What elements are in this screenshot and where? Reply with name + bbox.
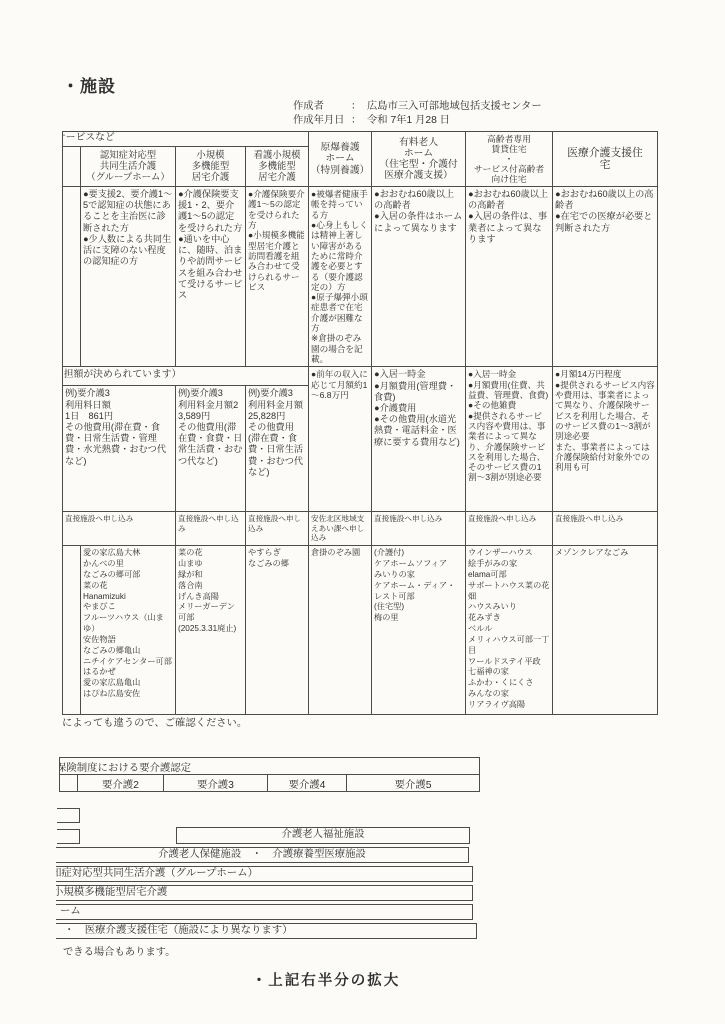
column-header-yuryo: 有料老人 ホーム （住宅型・介護付 医療介護支援）	[372, 132, 466, 187]
apply-cell-genbaku: 安佐北区地域支えあい課へ申し込み	[309, 512, 372, 546]
meta-date-row: 作成年月日 ： 令和 7年1 月28 日	[293, 114, 542, 128]
column-header-iryokaigo: 医療介護支援住 宅	[553, 132, 658, 187]
facility-comparison-table: サービスなど 原爆養護 ホーム （特別養護） 有料老人 ホーム （住宅型・介護付…	[62, 131, 658, 715]
column-header-shokibo: 小規模 多機能型 居宅介護	[176, 147, 246, 187]
page-title: ・施設	[62, 72, 116, 97]
care-level-2: 要介護2	[78, 775, 164, 792]
apply-cell-koreisha: 直接施設へ申し込み	[466, 512, 553, 546]
facility-list-yuryo: (介護付) ケアホームソフィア みいりの家 ケアホーム・ディア・レスト可部 (住…	[372, 546, 466, 715]
footer-note: できる場合もあります。	[63, 943, 175, 958]
type-box-iryokaigo: ・ 医療介護支援住宅（施設により異なります）	[56, 923, 477, 939]
facility-list-koreisha: ウインザーハウス 絵手がみの家 elama可部 サポートハウス菜の花畑 ハウスみ…	[466, 546, 553, 715]
apply-cell-kango-shokibo: 直接施設へ申し込み	[246, 512, 309, 546]
document-meta: 作成者 ： 広島市三入可部地域包括支援センター 作成年月日 ： 令和 7年1 月…	[293, 100, 542, 128]
care-level-header-label: 保険制度における要介護認定	[60, 759, 192, 774]
eligibility-cell-iryokaigo: ●おおむね60歳以上の高齢者 ●在宅での医療が必要と判断された方	[553, 187, 658, 367]
cost-cell-genbaku: ●前年の収入に応じて月額約1～6.8万円	[309, 367, 372, 512]
cut-box-stub-2	[57, 829, 80, 844]
care-level-table-header: 保険制度における要介護認定	[60, 758, 480, 775]
care-level-3: 要介護3	[164, 775, 268, 792]
care-level-table: 保険制度における要介護認定 要介護2 要介護3 要介護4 要介護5	[59, 757, 480, 792]
facility-list-iryokaigo: メゾンクレアなごみ	[553, 546, 658, 715]
facility-list-grouphome: 愛の家広島大林 かんべの里 なごみの郷可部 菜の花 Hanamizuki やまび…	[81, 546, 176, 715]
type-box-fukushi: 介護老人福祉施設	[176, 827, 470, 844]
apply-cell-iryokaigo: 直接施設へ申し込み	[553, 512, 658, 546]
empty-label-cell	[63, 187, 81, 367]
type-box-hoken: 介護老人保健施設 ・ 介護療養型医療施設	[56, 847, 469, 863]
apply-cell-yuryo: 直接施設へ申し込み	[372, 512, 466, 546]
cost-cell-iryokaigo: ●月額14万円程度 ●提供されるサービス内容や費用は、事業者によって異なり、介護…	[553, 367, 658, 512]
column-header-koreisha: 高齢者専用 賃貸住宅 ・ サービス付高齢者 向け住宅	[466, 132, 553, 187]
facility-list-kango-shokibo: やすらぎ なごみの郷	[246, 546, 309, 715]
care-level-5: 要介護5	[347, 775, 480, 792]
eligibility-cell-koreisha: ●おおむね60歳以上の高齢者 ●入居の条件は、事業者によって異なります	[466, 187, 553, 367]
type-box-home: ーム	[56, 904, 473, 920]
cost-band-cell: 負担額が決められています）	[63, 367, 309, 386]
date-label: 作成年月日	[293, 114, 351, 128]
scanned-document-page: ・施設 作成者 ： 広島市三入可部地域包括支援センター 作成年月日 ： 令和 7…	[0, 0, 725, 1024]
apply-cell-shokibo: 直接施設へ申し込み	[176, 512, 246, 546]
corner-label-cell: サービスなど	[63, 132, 309, 147]
corner-label: サービスなど	[63, 132, 115, 144]
eligibility-cell-shokibo: ●介護保険要支援1・2、要介護1～5の認定を受けられた方 ●通いを中心に、随時、…	[176, 187, 246, 367]
empty-label-cell	[63, 147, 81, 187]
cut-box-stub-1	[57, 808, 80, 823]
eligibility-cell-kango-shokibo: ●介護保険要介護1～5の認定を受けられた方 ●小規模多機能型居宅介護と訪問看護を…	[246, 187, 309, 367]
type-box-grouphome: 知症対応型共同生活介護（グループホーム）	[56, 866, 473, 882]
cost-cell-kango-shokibo: 例)要介護3 利用料金月額 25,828円 その他費用 (滞在費・食費・日常生活…	[246, 386, 309, 512]
cost-cell-shokibo: 例)要介護3 利用料金月額23,589円 その他費用(滞在費・食費・日常生活費・…	[176, 386, 246, 512]
cost-cell-koreisha: ●入居一時金 ●月額費用(住費、共益費、管理費、食費) ●その他雑費 ●提供され…	[466, 367, 553, 512]
bottom-caption: ・上記右半分の拡大	[0, 969, 652, 990]
date-value: 令和 7年1 月28 日	[367, 114, 450, 128]
confirmation-note: によっても違うので、ご確認ください。	[62, 714, 247, 729]
empty-label-cell	[63, 546, 81, 715]
care-level-4: 要介護4	[268, 775, 347, 792]
author-value: 広島市三入可部地域包括支援センター	[367, 100, 542, 114]
date-colon: ：	[351, 114, 367, 128]
facility-list-shokibo: 菜の花 山まゆ 縁が和 落合南 げんき高陽 メリーガーデン可部 (2025.3.…	[176, 546, 246, 715]
cost-band-label: 負担額が決められています）	[63, 369, 182, 381]
cost-cell-yuryo: ●入居一時金 ●月額費用(管理費・食費) ●介護費用 ●その他費用(水道光熱費・…	[372, 367, 466, 512]
author-label: 作成者	[293, 100, 351, 114]
eligibility-cell-genbaku: ●被爆者健康手帳を持っている方 ●心身上もしくは精神上著しい障害があるために常時…	[309, 187, 372, 367]
author-colon: ：	[351, 100, 367, 114]
eligibility-cell-grouphome: ●要支援2、要介護1～5で認知症の状態にあることを主治医に診断された方 ●少人数…	[81, 187, 176, 367]
facility-list-genbaku: 倉掛のぞみ園	[309, 546, 372, 715]
column-header-genbaku: 原爆養護 ホーム （特別養護）	[309, 132, 372, 187]
eligibility-cell-yuryo: ●おおむね60歳以上の高齢者 ●入居の条件はホームによって異なります	[372, 187, 466, 367]
column-header-grouphome: 認知症対応型 共同生活介護 （グループホーム）	[81, 147, 176, 187]
meta-author-row: 作成者 ： 広島市三入可部地域包括支援センター	[293, 100, 542, 114]
type-box-grouphome-label: 知症対応型共同生活介護（グループホーム）	[56, 867, 258, 880]
cost-cell-grouphome: 例)要介護3 利用料日額 1日 861円 その他費用(滞在費・食費・日常生活費・…	[63, 386, 176, 512]
type-box-shokibo: 小規模多機能型居宅介護	[56, 885, 473, 901]
apply-cell-grouphome: 直接施設へ申し込み	[63, 512, 176, 546]
column-header-kango-shokibo: 看護小規模 多機能型 居宅介護	[246, 147, 309, 187]
care-level-stub-cell	[60, 775, 78, 792]
type-box-shokibo-label: 小規模多機能型居宅介護	[56, 886, 167, 899]
